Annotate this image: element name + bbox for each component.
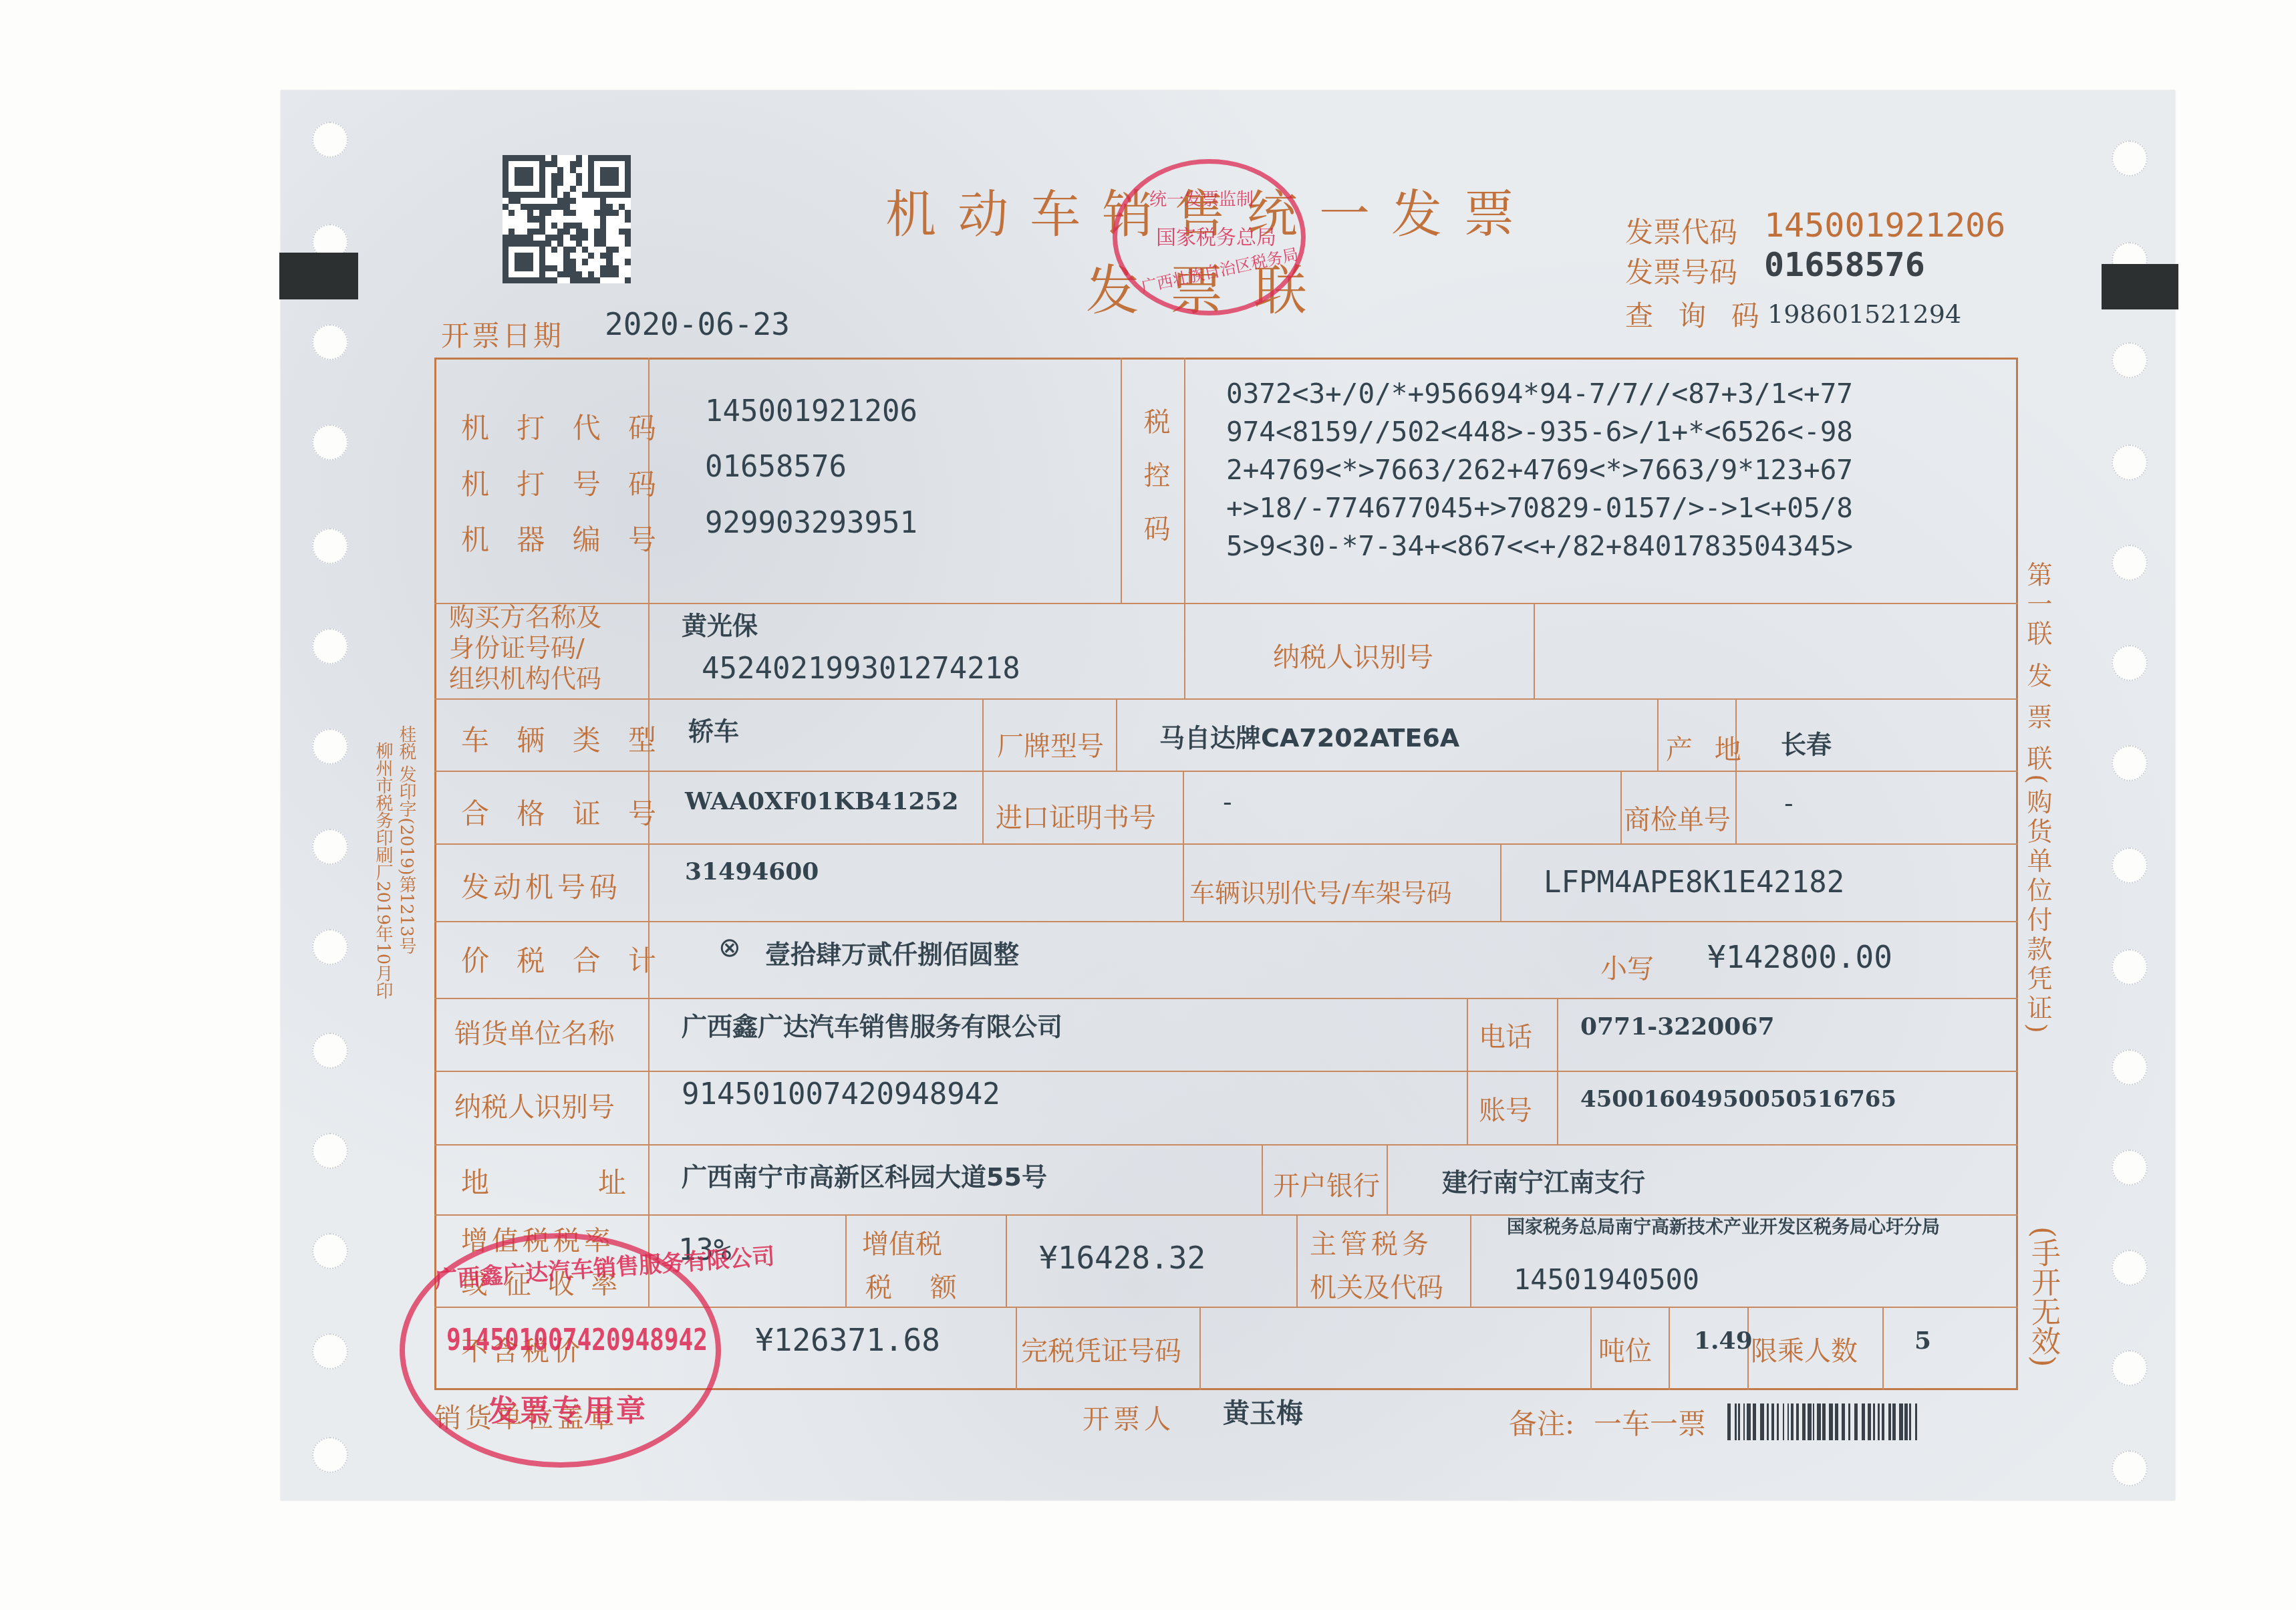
pretax-amount: ¥126371.68	[755, 1322, 940, 1358]
tax-control-line: 2+4769<*>7663/262+4769<*>7663/9*123+67	[1226, 454, 1853, 486]
invoice-number: 01658576	[1764, 245, 1925, 284]
machine-code-label: 机 打 代 码	[461, 406, 666, 446]
machine-number-label: 机 打 号 码	[461, 462, 666, 503]
punch-hole	[2112, 1350, 2148, 1386]
account-label: 账号	[1479, 1089, 1532, 1127]
tonnage-label: 吨位	[1598, 1330, 1652, 1368]
authority-label-2: 机关及代码	[1310, 1266, 1443, 1305]
punch-hole	[312, 1333, 348, 1369]
machine-number: 01658576	[705, 450, 847, 484]
tax-control-line: 974<8159//502<448>-935-6>/1+*<6526<-98	[1226, 416, 1853, 448]
buyer-label-line1: 购买方名称及	[449, 601, 601, 632]
origin: 长春	[1781, 724, 1832, 761]
remark: 一车一票	[1594, 1402, 1706, 1442]
tax-control-line: 5>9<30-*7-34+<867<<+/82+8401783504345>	[1226, 530, 1853, 562]
total-words: 壹拾肆万贰仟捌佰圆整	[765, 934, 1019, 970]
punch-hole	[2112, 1049, 2148, 1085]
vat-label-1: 增值税	[862, 1223, 942, 1261]
printer-info-2: 柳州市税务印刷厂2019年10月印	[371, 742, 396, 1043]
machine-code: 145001921206	[705, 394, 917, 428]
remark-label: 备注:	[1509, 1402, 1574, 1442]
engine-number: 31494600	[685, 857, 819, 886]
origin-label: 产 地	[1666, 728, 1748, 767]
tax-control-line: +>18/-774677045+>70829-0157/>->1<+05/8	[1226, 492, 1853, 524]
invoice-code-label: 发票代码	[1625, 211, 1737, 251]
punch-hole	[2112, 545, 2148, 581]
authority-name: 国家税务总局南宁高新技术产业开发区税务局心圩分局	[1507, 1218, 1988, 1238]
tax-receipt-label: 完税凭证号码	[1021, 1330, 1181, 1368]
issuer-label: 开票人	[1083, 1398, 1175, 1436]
query-code: 198601521294	[1767, 299, 1961, 329]
punch-hole	[312, 929, 348, 965]
vin: LFPM4APE8K1E42182	[1544, 865, 1844, 900]
bank-label: 开户银行	[1273, 1165, 1380, 1203]
punch-hole	[312, 829, 348, 865]
buyer-id-number: 452402199301274218	[702, 652, 1020, 686]
address: 广西南宁市高新区科园大道55号	[682, 1156, 1047, 1193]
vin-label: 车辆识别代号/车架号码	[1189, 872, 1452, 909]
punch-hole	[2112, 444, 2148, 481]
issuer-name: 黄玉梅	[1223, 1392, 1303, 1430]
alignment-marker	[2102, 264, 2178, 309]
seats-label: 限乘人数	[1751, 1330, 1858, 1368]
account: 45001604950050516765	[1580, 1086, 1896, 1113]
punch-hole	[2112, 745, 2148, 781]
punch-hole	[312, 122, 348, 158]
query-code-label: 查 询 码	[1625, 294, 1767, 334]
qr-code	[503, 155, 631, 283]
punch-hole	[312, 1233, 348, 1269]
tax-control-label: 税控码	[1136, 408, 1174, 581]
punch-hole	[2112, 1150, 2148, 1186]
punch-hole	[312, 424, 348, 460]
cert-label: 合 格 证 号	[461, 792, 666, 832]
seller-taxpayer-id-label: 纳税人识别号	[454, 1086, 615, 1124]
buyer-label-line2: 身份证号码/	[449, 632, 601, 663]
stamp-top-text: 统一发票监制	[1149, 186, 1254, 211]
brand-label: 厂牌型号	[997, 725, 1104, 763]
address-label-b: 址	[598, 1161, 626, 1201]
punch-hole	[2112, 645, 2148, 681]
buyer-label-line3: 组织机构代码	[449, 663, 601, 694]
device-number: 929903293951	[705, 506, 917, 540]
vat-amount: ¥16428.32	[1039, 1240, 1205, 1276]
seller-taxpayer-id: 914501007420948942	[682, 1077, 1000, 1111]
inspection-number: -	[1784, 789, 1793, 818]
seller-name: 广西鑫广达汽车销售服务有限公司	[682, 1006, 1062, 1043]
device-number-label: 机 器 编 号	[461, 518, 666, 558]
punch-hole	[2112, 1450, 2148, 1486]
alignment-marker	[279, 253, 358, 299]
vat-label-2: 税 额	[865, 1266, 972, 1305]
punch-hole	[312, 528, 348, 564]
invoice-number-label: 发票号码	[1625, 251, 1737, 291]
punch-hole	[2112, 949, 2148, 985]
tax-control-line: 0372<3+/0/*+956694*94-7/7//<87+3/1<+77	[1226, 378, 1853, 410]
engine-label: 发动机号码	[461, 865, 621, 906]
phone-label: 电话	[1479, 1016, 1532, 1054]
punch-hole	[312, 628, 348, 664]
total-label: 价 税 合 计	[461, 939, 666, 979]
seller-stamp-number: 914501007420948942	[446, 1323, 708, 1357]
punch-hole	[312, 1133, 348, 1169]
printer-info-1: 桂税 发印字(2019)第1213号	[394, 725, 419, 1039]
inspection-label: 商检单号	[1624, 799, 1731, 837]
punch-hole	[312, 324, 348, 360]
buyer-taxpayer-id-label: 纳税人识别号	[1273, 636, 1433, 674]
tonnage: 1.49	[1694, 1327, 1753, 1355]
import-cert-label: 进口证明书号	[996, 797, 1156, 835]
brand-model: 马自达牌CA7202ATE6A	[1159, 717, 1459, 754]
cert-number: WAA0XF01KB41252	[685, 787, 959, 815]
handwritten-invalid-note: (手开无效)	[2021, 1226, 2064, 1387]
punch-hole	[2112, 140, 2148, 176]
date-label: 开票日期	[441, 314, 564, 354]
import-cert: -	[1223, 787, 1232, 817]
invoice-date: 2020-06-23	[605, 306, 790, 342]
address-label-a: 地	[461, 1161, 489, 1201]
buyer-label: 购买方名称及 身份证号码/ 组织机构代码	[449, 601, 601, 694]
total-words-icon: ⊗	[718, 932, 741, 963]
authority-code: 14501940500	[1514, 1263, 1699, 1296]
punch-hole	[2112, 847, 2148, 884]
punch-hole	[312, 728, 348, 765]
seller-stamp-bottom: 发票专用章	[488, 1387, 648, 1430]
buyer-name: 黄光保	[682, 605, 758, 642]
vehicle-type: 轿车	[688, 710, 739, 747]
bank: 建行南宁江南支行	[1442, 1162, 1645, 1198]
seller-name-label: 销货单位名称	[454, 1013, 615, 1051]
stamp-middle-text: 国家税务总局	[1156, 221, 1276, 250]
barcode	[1727, 1403, 2021, 1440]
punch-hole	[2112, 342, 2148, 378]
phone: 0771-3220067	[1580, 1013, 1774, 1041]
small-amount-label: 小写	[1600, 948, 1654, 986]
authority-label-1: 主管税务	[1310, 1223, 1433, 1261]
copy-note: 第一联 发 票 联(购货单位付款凭证)	[2025, 561, 2050, 1069]
punch-hole	[312, 1437, 348, 1473]
total-amount: ¥142800.00	[1707, 939, 1892, 975]
invoice-code: 145001921206	[1764, 206, 2005, 245]
seats: 5	[1914, 1327, 1931, 1355]
punch-hole	[312, 1033, 348, 1069]
vehicle-type-label: 车 辆 类 型	[461, 718, 666, 759]
punch-hole	[2112, 1250, 2148, 1286]
